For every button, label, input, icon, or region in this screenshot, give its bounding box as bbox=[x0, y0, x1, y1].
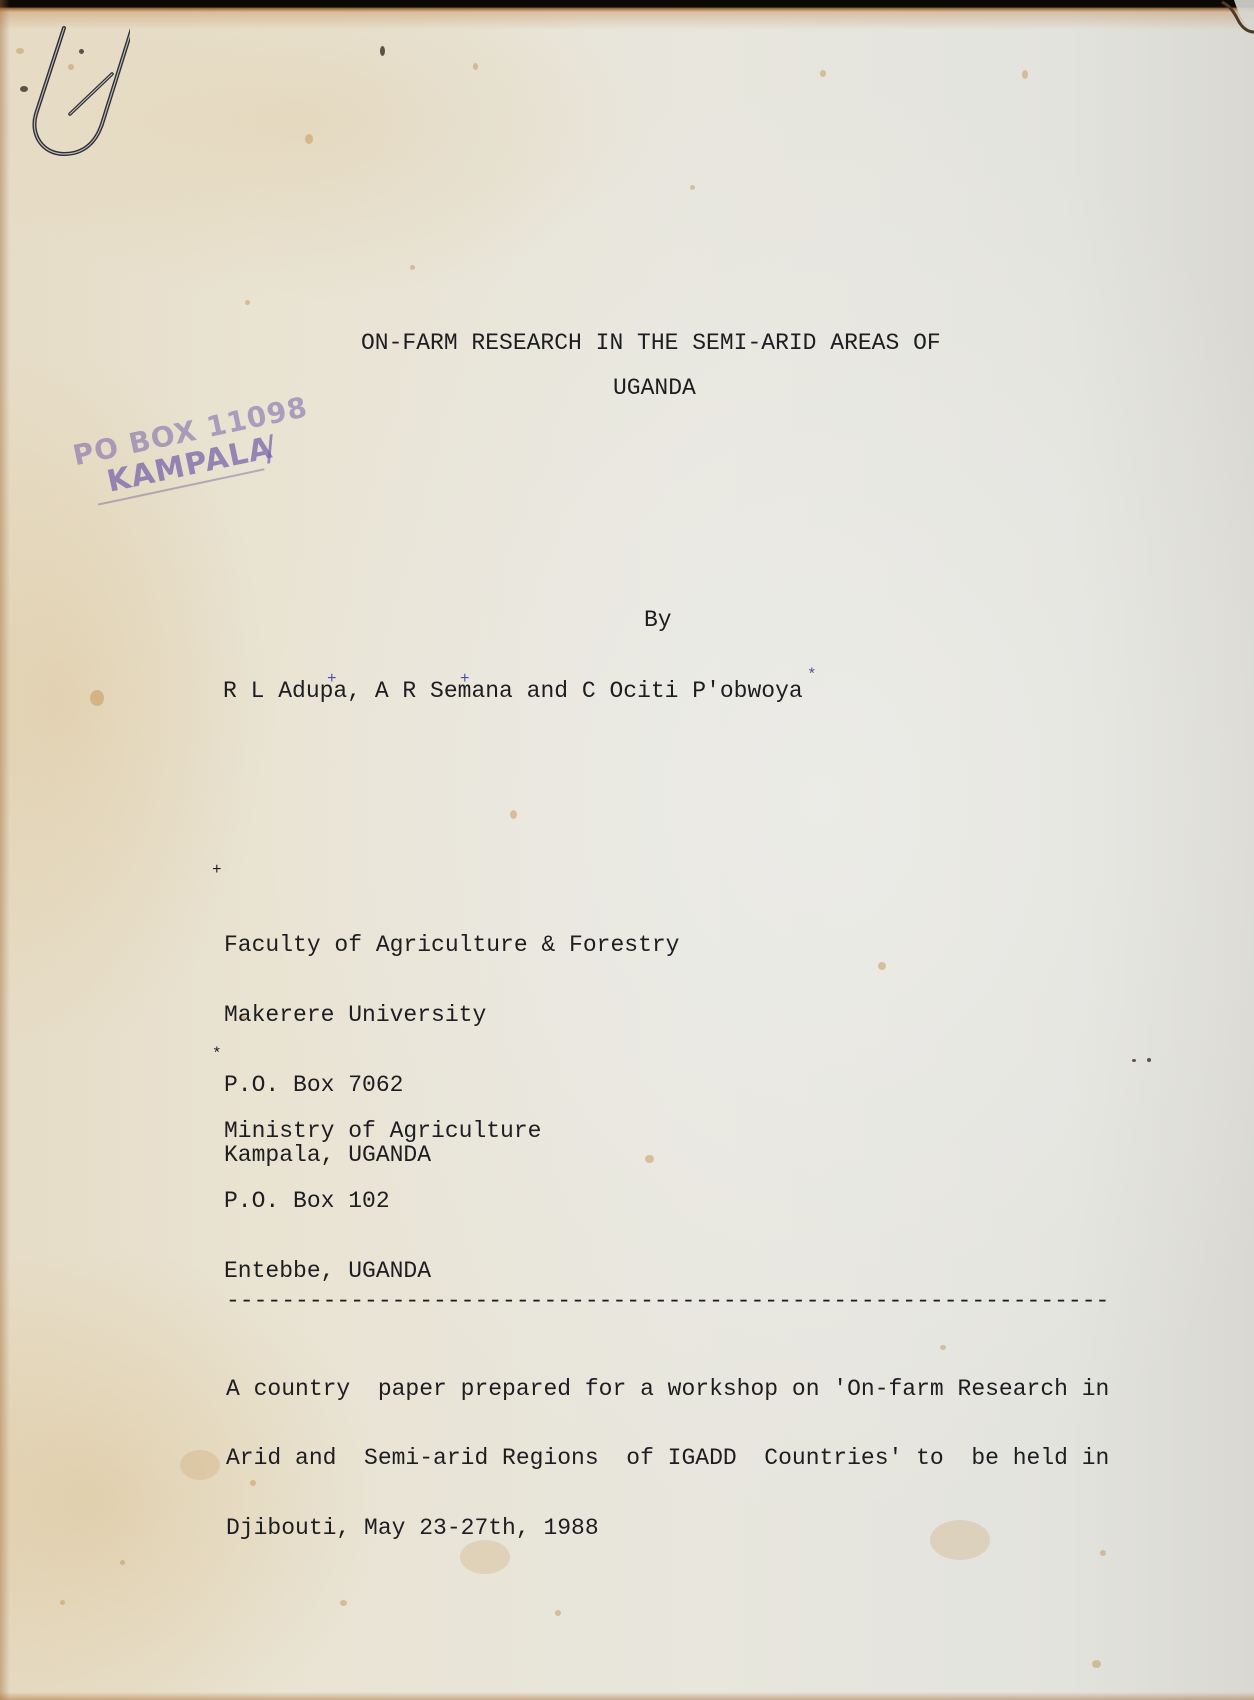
stain-spot bbox=[410, 265, 415, 270]
affiliation-line: Makerere University bbox=[224, 1004, 679, 1027]
stain-spot bbox=[20, 86, 28, 92]
stain-spot bbox=[1132, 1059, 1136, 1062]
footnote-line: Djibouti, May 23-27th, 1988 bbox=[226, 1517, 1109, 1540]
stain-spot bbox=[90, 690, 104, 706]
stain-spot bbox=[120, 1560, 125, 1565]
stain-spot bbox=[245, 300, 250, 305]
bottom-edge-stain bbox=[0, 1692, 1254, 1700]
top-edge-stain bbox=[0, 8, 1254, 30]
affiliation-line: Ministry of Agriculture bbox=[224, 1120, 541, 1143]
footnote-line: A country paper prepared for a workshop … bbox=[226, 1378, 1109, 1401]
stain-spot bbox=[1022, 70, 1028, 79]
stain-spot bbox=[1092, 1660, 1101, 1668]
stain-spot bbox=[690, 185, 695, 190]
affiliation-line: Faculty of Agriculture & Forestry bbox=[224, 934, 679, 957]
stain-spot bbox=[820, 70, 826, 77]
stain-spot bbox=[1147, 1058, 1151, 1062]
footnote-separator: ----------------------------------------… bbox=[226, 1290, 1109, 1314]
author-mark-semana: + bbox=[460, 671, 470, 687]
stain-spot bbox=[340, 1600, 347, 1606]
authors-line: R L Adupa, A R Semana and C Ociti P'obwo… bbox=[223, 680, 803, 704]
stain-spot bbox=[555, 1610, 561, 1616]
affiliation-mark: * bbox=[212, 1046, 222, 1062]
paperclip-icon bbox=[30, 8, 130, 158]
stain-spot bbox=[16, 48, 24, 54]
stain-spot bbox=[305, 134, 313, 144]
stain-spot bbox=[878, 962, 886, 970]
scanned-document-page: ON-FARM RESEARCH IN THE SEMI-ARID AREAS … bbox=[0, 0, 1254, 1700]
left-edge-stain bbox=[0, 0, 10, 1700]
footnote-line: Arid and Semi-arid Regions of IGADD Coun… bbox=[226, 1447, 1109, 1470]
affiliation-line: Entebbe, UGANDA bbox=[224, 1260, 541, 1283]
document-title-line-1: ON-FARM RESEARCH IN THE SEMI-ARID AREAS … bbox=[361, 332, 941, 356]
affiliation-line: P.O. Box 102 bbox=[224, 1190, 541, 1213]
stain-spot bbox=[380, 46, 385, 56]
stain-spot bbox=[473, 63, 478, 70]
document-title-line-2: UGANDA bbox=[613, 377, 696, 401]
stain-spot bbox=[510, 810, 517, 819]
torn-corner bbox=[1074, 0, 1254, 40]
author-mark-adupa: + bbox=[327, 671, 337, 687]
workshop-footnote: A country paper prepared for a workshop … bbox=[226, 1331, 1109, 1587]
affiliation-mark: + bbox=[212, 862, 222, 878]
stain-spot bbox=[180, 1450, 220, 1480]
by-label: By bbox=[644, 609, 672, 633]
author-mark-obwoya: * bbox=[807, 667, 817, 683]
stain-spot bbox=[60, 1600, 65, 1605]
address-stamp: PO BOX 11098 KAMPALA / bbox=[70, 396, 292, 518]
